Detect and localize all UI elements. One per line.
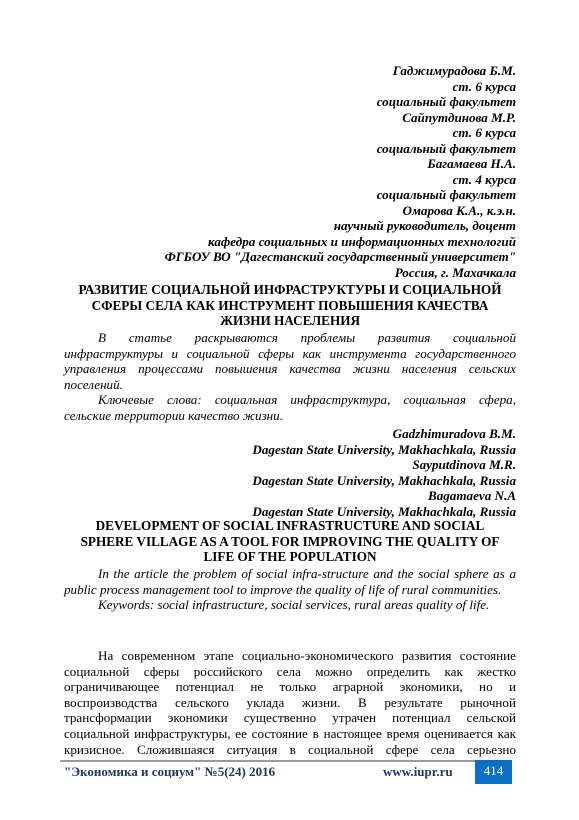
page-number-badge: 414 bbox=[475, 760, 512, 784]
keywords-en: Keywords: social infrastructure, social … bbox=[64, 597, 516, 613]
author-line: ст. 6 курса bbox=[64, 125, 516, 141]
author-line: Dagestan State University, Makhachkala, … bbox=[64, 442, 516, 458]
author-line: научный руководитель, доцент bbox=[64, 218, 516, 234]
footer-journal-name: "Экономика и социум" №5(24) 2016 bbox=[64, 764, 275, 780]
abstract-text-en: In the article the problem of social inf… bbox=[64, 566, 516, 597]
author-line: Сайпутдинова М.Р. bbox=[64, 110, 516, 126]
author-line: Омарова К.А., к.э.н. bbox=[64, 203, 516, 219]
keywords-ru: Ключевые слова: социальная инфраструктур… bbox=[64, 392, 516, 423]
article-title-en: DEVELOPMENT OF SOCIAL INFRASTRUCTURE AND… bbox=[64, 518, 516, 565]
author-line: социальный факультет bbox=[64, 141, 516, 157]
title-line: SPHERE VILLAGE AS A TOOL FOR IMPROVING T… bbox=[64, 534, 516, 550]
author-line: Гаджимурадова Б.М. bbox=[64, 63, 516, 79]
title-line: DEVELOPMENT OF SOCIAL INFRASTRUCTURE AND… bbox=[64, 518, 516, 534]
author-line: Bagamaeva N.A bbox=[64, 488, 516, 504]
author-line: социальный факультет bbox=[64, 94, 516, 110]
author-line: Sayputdinova M.R. bbox=[64, 457, 516, 473]
author-line: Багамаева Н.А. bbox=[64, 156, 516, 172]
author-line: Dagestan State University, Makhachkala, … bbox=[64, 473, 516, 489]
footer-url-link[interactable]: www.iupr.ru bbox=[383, 764, 453, 780]
author-line: ст. 4 курса bbox=[64, 172, 516, 188]
author-line: Dagestan State University, Makhachkala, … bbox=[64, 504, 516, 520]
author-line: ФГБОУ ВО "Дагестанский государственный у… bbox=[64, 249, 516, 265]
authors-block-ru: Гаджимурадова Б.М. ст. 6 курса социальны… bbox=[64, 63, 516, 280]
abstract-ru: В статье раскрываются проблемы развития … bbox=[64, 330, 516, 424]
author-line: социальный факультет bbox=[64, 187, 516, 203]
title-line: РАЗВИТИЕ СОЦИАЛЬНОЙ ИНФРАСТРУКТУРЫ И СОЦ… bbox=[64, 282, 516, 298]
authors-block-en: Gadzhimuradova B.M. Dagestan State Unive… bbox=[64, 426, 516, 519]
author-line: ст. 6 курса bbox=[64, 79, 516, 95]
author-line: кафедра социальных и информационных техн… bbox=[64, 234, 516, 250]
abstract-text-ru: В статье раскрываются проблемы развития … bbox=[64, 330, 516, 392]
body-text: На современном этапе социально-экономиче… bbox=[64, 648, 516, 757]
footer-rule bbox=[60, 760, 475, 762]
article-title-ru: РАЗВИТИЕ СОЦИАЛЬНОЙ ИНФРАСТРУКТУРЫ И СОЦ… bbox=[64, 282, 516, 329]
body-paragraph: На современном этапе социально-экономиче… bbox=[64, 648, 516, 757]
author-line: Gadzhimuradova B.M. bbox=[64, 426, 516, 442]
title-line: ЖИЗНИ НАСЕЛЕНИЯ bbox=[64, 313, 516, 329]
title-line: СФЕРЫ СЕЛА КАК ИНСТРУМЕНТ ПОВЫШЕНИЯ КАЧЕ… bbox=[64, 298, 516, 314]
abstract-en: In the article the problem of social inf… bbox=[64, 566, 516, 613]
title-line: LIFE OF THE POPULATION bbox=[64, 549, 516, 565]
author-line: Россия, г. Махачкала bbox=[64, 265, 516, 281]
